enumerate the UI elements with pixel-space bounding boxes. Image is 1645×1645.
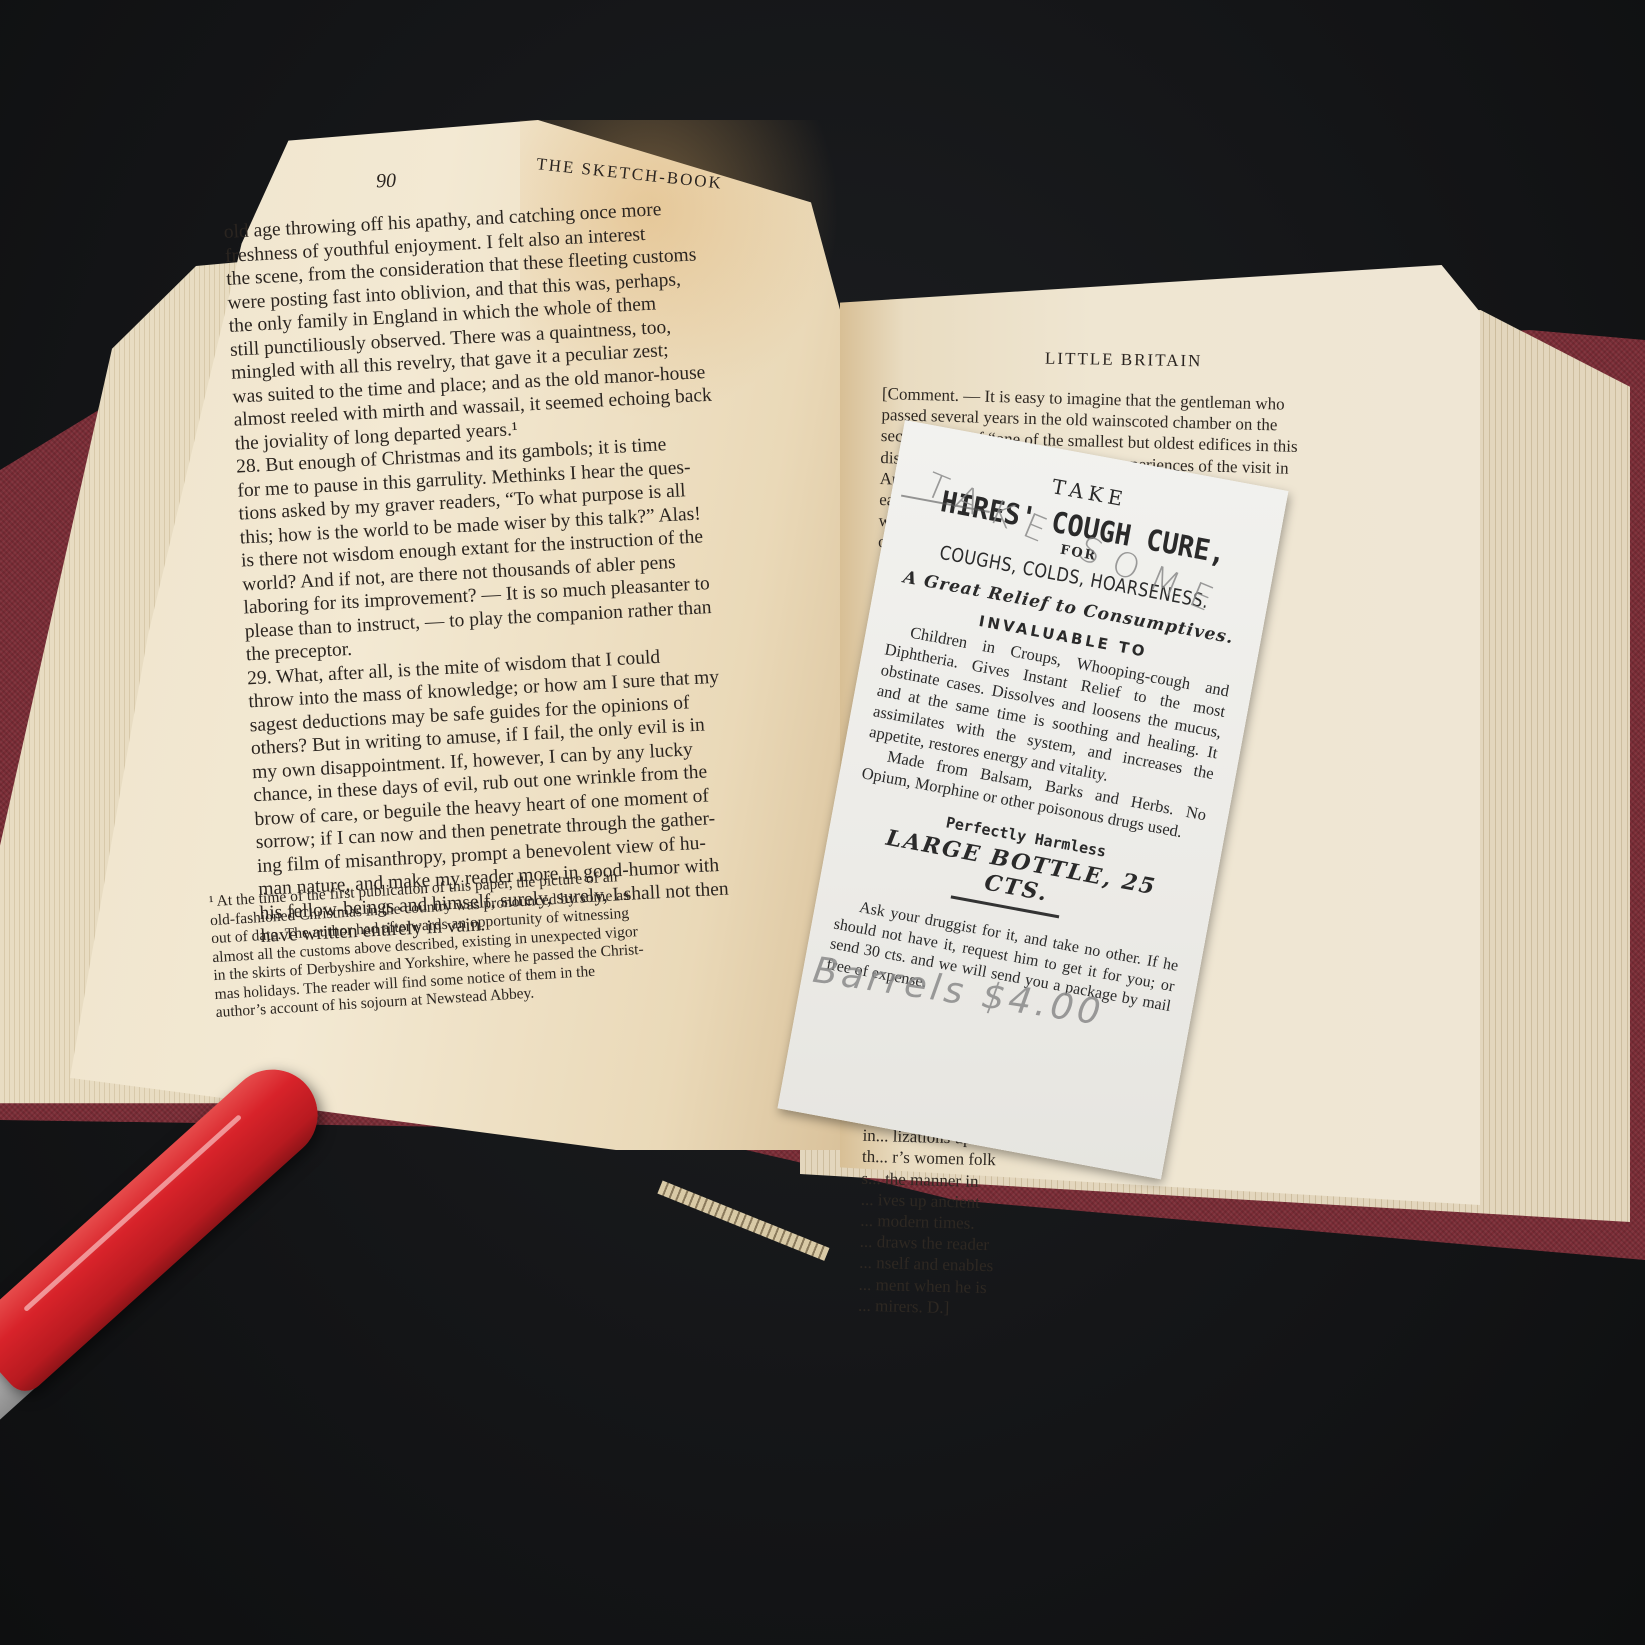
photo-scene: 90 THE SKETCH-BOOK old age throwing off … bbox=[0, 0, 1645, 1645]
page-number: 90 bbox=[376, 170, 397, 194]
left-page-body: old age throwing off his apathy, and cat… bbox=[223, 196, 739, 949]
left-page-footnote: ¹ At the time of the first publication o… bbox=[208, 867, 646, 1023]
spine-stitching bbox=[657, 1181, 829, 1261]
running-head-right: LITTLE BRITAIN bbox=[1045, 349, 1203, 372]
